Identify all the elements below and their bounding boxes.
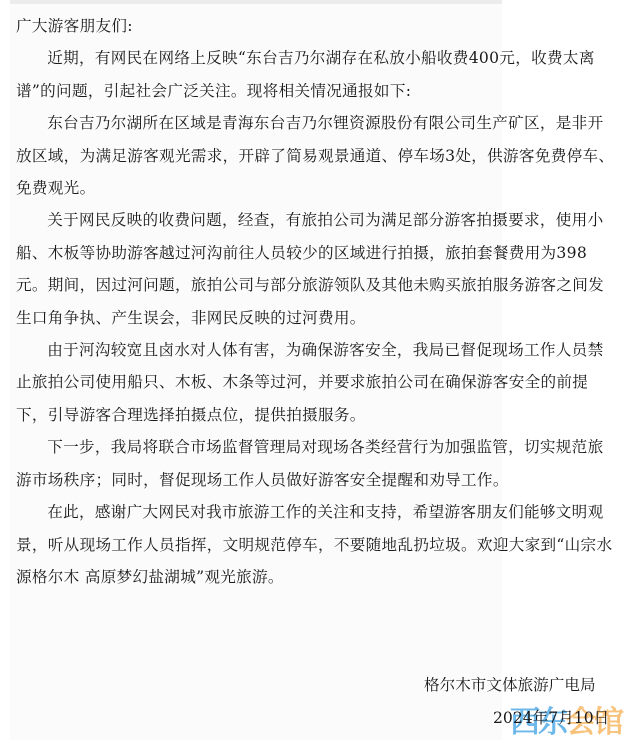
signature: 格尔木市文体旅游广电局 <box>424 673 596 695</box>
issue-date: 2024年7月10日 <box>493 706 609 728</box>
paragraph-intro: 近期，有网民在网络上反映“东台吉乃尔湖存在私放小船收费400元，收费太离谱”的问… <box>16 42 616 107</box>
greeting: 广大游客朋友们: <box>16 10 616 42</box>
paragraph-location: 东台吉乃尔湖所在区域是青海东台吉乃尔锂资源股份有限公司生产矿区，是非开放区域，为… <box>16 107 616 204</box>
paragraph-next-steps: 下一步，我局将联合市场监督管理局对现场各类经营行为加强监管，切实规范旅游市场秩序… <box>16 431 616 496</box>
paragraph-safety-measures: 由于河沟较宽且卤水对人体有害，为确保游客安全，我局已督促现场工作人员禁止旅拍公司… <box>16 334 616 431</box>
paragraph-fee-investigation: 关于网民反映的收费问题，经查，有旅拍公司为满足部分游客拍摄要求，使用小船、木板等… <box>16 204 616 334</box>
notice-body: 广大游客朋友们: 近期，有网民在网络上反映“东台吉乃尔湖存在私放小船收费400元… <box>16 10 616 593</box>
paragraph-thanks: 在此，感谢广大网民对我市旅游工作的关注和支持，希望游客朋友们能够文明观景，听从现… <box>16 496 616 593</box>
